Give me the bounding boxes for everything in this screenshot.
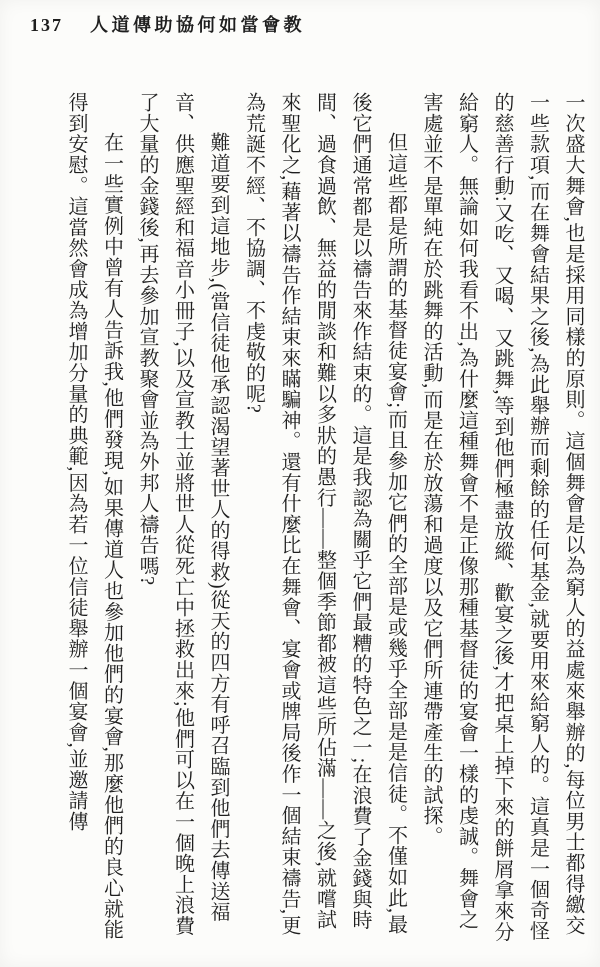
body-paragraph: 難道要到這地步,(當信徒他承認渴望著世人的得救)從天的四方有呼召臨到他們去傳送福… <box>129 92 236 950</box>
body-paragraph: 在一些實例中曾有人告訴我,他們發現,如果傳道人也參加他們的宴會,那麼他們的良心就… <box>58 92 129 950</box>
vertical-text-body: 一次盛大舞會,也是採用同樣的原則。這個舞會是以為窮人的益處來舉辦的,每位男士都得… <box>12 92 590 950</box>
running-head-title: 人道傳助協何如當會教 <box>90 11 305 37</box>
book-page: 137 人道傳助協何如當會教 一次盛大舞會,也是採用同樣的原則。這個舞會是以為窮… <box>0 0 600 967</box>
body-paragraph: 一次盛大舞會,也是採用同樣的原則。這個舞會是以為窮人的益處來舉辦的,每位男士都得… <box>413 92 591 950</box>
body-paragraph: 但這些都是所謂的基督徒宴會;而且參加它們的全部是或幾乎全部是是信徒。不僅如此,最… <box>235 92 413 950</box>
page-number: 137 <box>30 15 63 36</box>
running-head: 137 人道傳助協何如當會教 <box>30 11 305 37</box>
